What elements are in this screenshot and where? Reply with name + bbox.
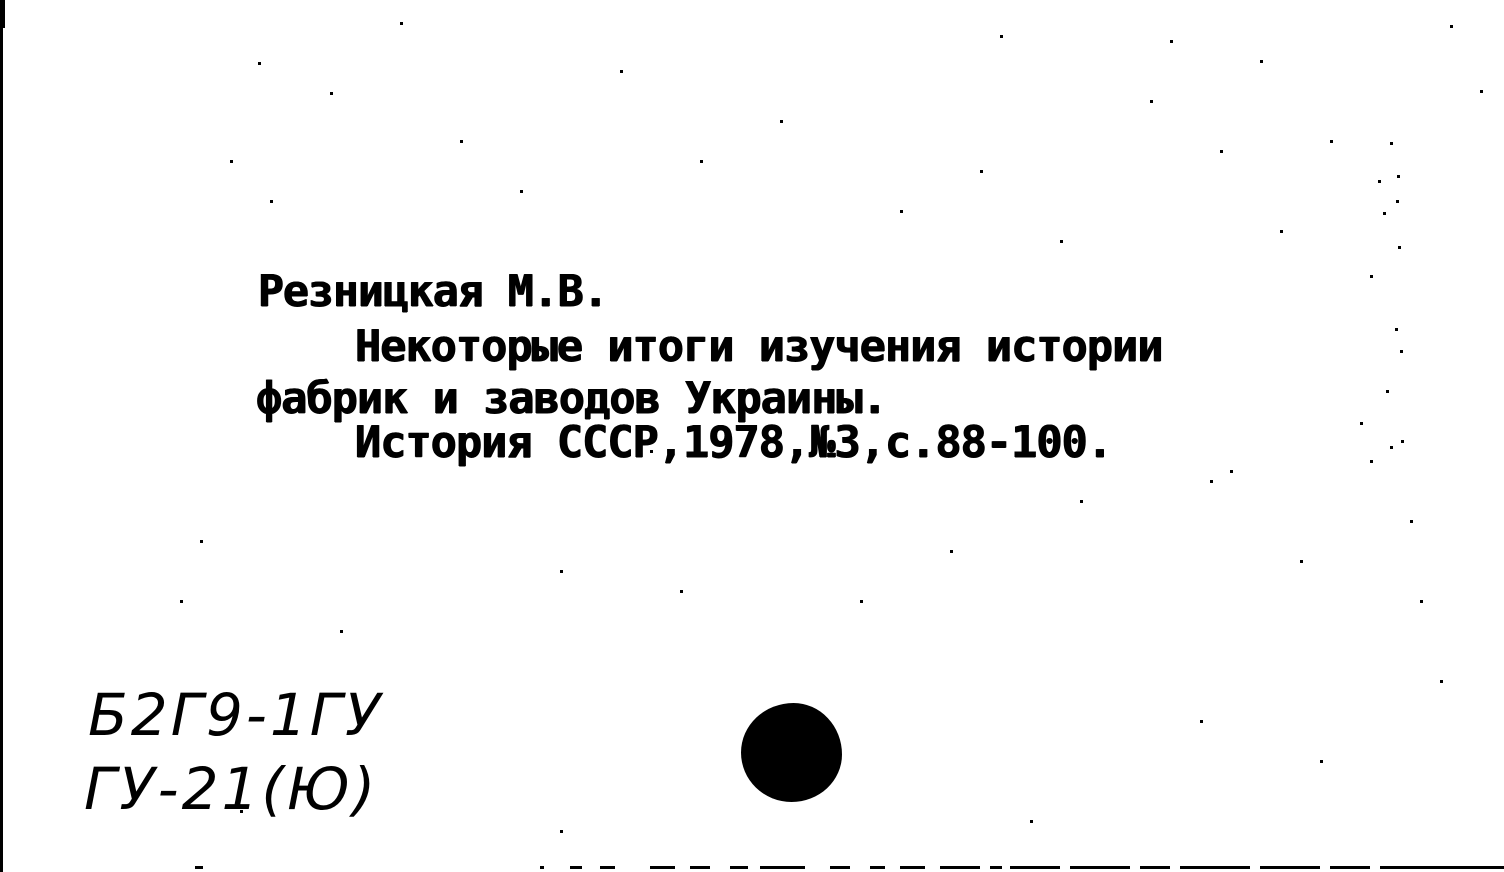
speck bbox=[1386, 390, 1389, 393]
speck bbox=[1150, 100, 1153, 103]
speck bbox=[780, 120, 783, 123]
speck bbox=[1390, 142, 1393, 145]
speck bbox=[1210, 480, 1213, 483]
speck bbox=[860, 600, 863, 603]
card-left-edge bbox=[0, 0, 3, 872]
bottom-edge-segment bbox=[1330, 866, 1370, 869]
speck bbox=[1230, 470, 1233, 473]
bottom-edge-segment bbox=[650, 866, 675, 869]
speck bbox=[180, 600, 183, 603]
speck bbox=[340, 630, 343, 633]
speck bbox=[700, 160, 703, 163]
speck bbox=[1000, 35, 1003, 38]
shelfmark-line-1: Б2Г9-1ГУ bbox=[88, 686, 383, 744]
bottom-edge-segment bbox=[730, 866, 748, 869]
punch-hole bbox=[741, 703, 842, 802]
bottom-edge-segment bbox=[1010, 866, 1060, 869]
bottom-edge-segment bbox=[760, 866, 805, 869]
speck bbox=[1170, 40, 1173, 43]
bottom-edge-segment bbox=[1140, 866, 1170, 869]
speck bbox=[1360, 422, 1363, 425]
speck bbox=[200, 540, 203, 543]
speck bbox=[1080, 500, 1083, 503]
speck bbox=[1330, 140, 1333, 143]
catalog-card: Резницкая М.В. Некоторые итоги изучения … bbox=[0, 0, 1504, 872]
bottom-edge-segment bbox=[1450, 866, 1504, 869]
speck bbox=[1397, 175, 1400, 178]
speck bbox=[1440, 680, 1443, 683]
speck bbox=[1378, 180, 1381, 183]
bottom-edge-segment bbox=[690, 866, 710, 869]
title-line-1: Некоторые итоги изучения истории bbox=[355, 325, 1163, 369]
speck bbox=[1400, 350, 1403, 353]
author-name: Резницкая М.В. bbox=[258, 270, 608, 314]
speck bbox=[950, 550, 953, 553]
speck bbox=[680, 590, 683, 593]
bottom-edge-segment bbox=[940, 866, 980, 869]
speck bbox=[1280, 230, 1283, 233]
speck bbox=[1390, 446, 1393, 449]
speck bbox=[620, 70, 623, 73]
speck bbox=[240, 810, 243, 813]
bottom-edge-segment bbox=[195, 866, 203, 869]
speck bbox=[1030, 820, 1033, 823]
speck bbox=[1260, 60, 1263, 63]
bottom-edge-segment bbox=[1180, 866, 1250, 869]
speck bbox=[1200, 720, 1203, 723]
speck bbox=[270, 200, 273, 203]
bottom-edge-segment bbox=[600, 866, 615, 869]
bottom-edge-segment bbox=[540, 866, 544, 869]
bottom-edge-segment bbox=[1070, 866, 1130, 869]
shelfmark-line-2: ГУ-21(Ю) bbox=[84, 760, 378, 818]
speck bbox=[1300, 560, 1303, 563]
speck bbox=[1370, 275, 1373, 278]
speck bbox=[1383, 212, 1386, 215]
speck bbox=[1420, 600, 1423, 603]
speck bbox=[460, 140, 463, 143]
source-citation: История СССР,1978,№3,с.88-100. bbox=[355, 421, 1112, 465]
speck bbox=[1450, 25, 1453, 28]
speck bbox=[1480, 90, 1483, 93]
bottom-edge-segment bbox=[1260, 866, 1320, 869]
bottom-edge-segment bbox=[1380, 866, 1450, 869]
bottom-edge-segment bbox=[870, 866, 885, 869]
bottom-edge-segment bbox=[830, 866, 850, 869]
bottom-edge-segment bbox=[990, 866, 1002, 869]
title-line-2: фабрик и заводов Украины. bbox=[256, 377, 887, 421]
speck bbox=[1320, 760, 1323, 763]
speck bbox=[400, 22, 403, 25]
speck bbox=[258, 62, 261, 65]
bottom-edge-segment bbox=[570, 866, 582, 869]
card-left-edge-top bbox=[0, 0, 5, 28]
speck bbox=[650, 450, 653, 453]
speck bbox=[560, 830, 563, 833]
speck bbox=[1401, 440, 1404, 443]
bottom-edge-segment bbox=[900, 866, 925, 869]
speck bbox=[1396, 200, 1399, 203]
speck bbox=[1370, 460, 1373, 463]
speck bbox=[1410, 520, 1413, 523]
speck bbox=[520, 190, 523, 193]
speck bbox=[560, 570, 563, 573]
speck bbox=[1398, 246, 1401, 249]
speck bbox=[980, 170, 983, 173]
speck bbox=[330, 92, 333, 95]
speck bbox=[900, 210, 903, 213]
speck bbox=[1060, 240, 1063, 243]
speck bbox=[230, 160, 233, 163]
speck bbox=[1220, 150, 1223, 153]
speck bbox=[1395, 328, 1398, 331]
